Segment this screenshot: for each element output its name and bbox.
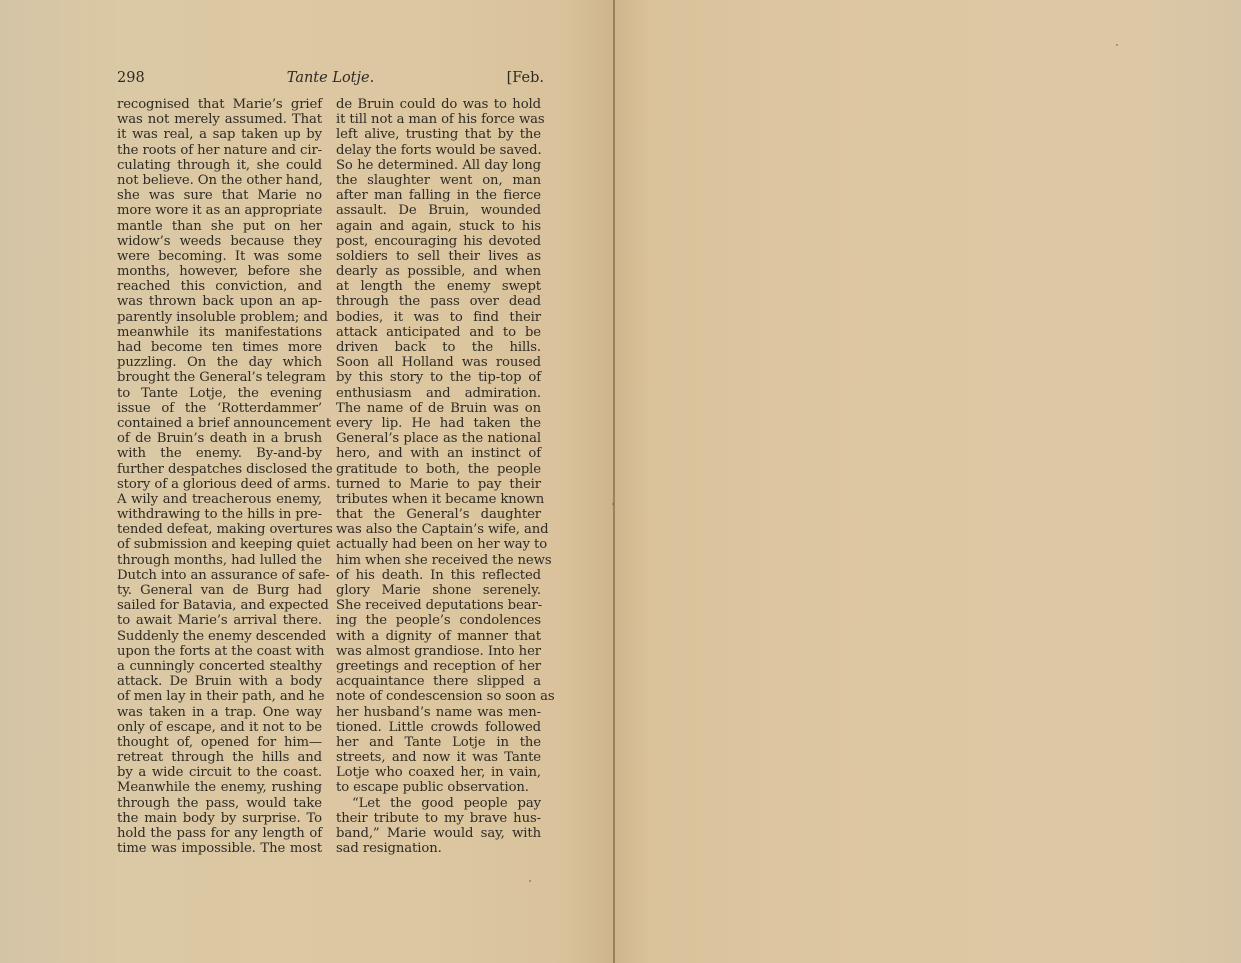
text-line: attack. De Bruin with a body: [117, 674, 322, 689]
text-line: note of condescension so soon as: [336, 689, 541, 704]
text-column: recognised that Marie’s griefwas not mer…: [117, 97, 322, 856]
text-line: the slaughter went on, man: [336, 173, 541, 188]
text-line: soldiers to sell their lives as: [336, 249, 541, 264]
text-line: hold the pass for any length of: [117, 826, 322, 841]
text-line: acquaintance there slipped a: [336, 674, 541, 689]
text-line: glory Marie shone serenely.: [336, 583, 541, 598]
text-line: assault. De Bruin, wounded: [336, 203, 541, 218]
text-line: de Bruin could do was to hold: [336, 97, 541, 112]
text-line: time was impossible. The most: [117, 841, 322, 856]
text-line: Meanwhile the enemy, rushing: [117, 780, 322, 795]
text-line: him when she received the news: [336, 553, 541, 568]
text-line: was also the Captain’s wife, and: [336, 522, 541, 537]
text-line: actually had been on her way to: [336, 537, 541, 552]
text-line: to await Marie’s arrival there.: [117, 613, 322, 628]
text-line: Suddenly the enemy descended: [117, 629, 322, 644]
text-line: to Tante Lotje, the evening: [117, 386, 322, 401]
paper-speck: [612, 503, 614, 505]
text-line: it was real, a sap taken up by: [117, 127, 322, 142]
text-line: issue of the ‘Rotterdammer’: [117, 401, 322, 416]
book-spread: 298 Tante Lotje. [Feb. recognised that M…: [0, 0, 1241, 963]
text-line: had become ten times more: [117, 340, 322, 355]
text-line: Soon all Holland was roused: [336, 355, 541, 370]
text-line: her and Tante Lotje in the: [336, 735, 541, 750]
text-line: months, however, before she: [117, 264, 322, 279]
text-line: of de Bruin’s death in a brush: [117, 431, 322, 446]
text-line: Lotje who coaxed her, in vain,: [336, 765, 541, 780]
text-line: tributes when it became known: [336, 492, 541, 507]
text-line: the roots of her nature and cir-: [117, 143, 322, 158]
text-line: bodies, it was to find their: [336, 310, 541, 325]
text-line: thought of, opened for him—: [117, 735, 322, 750]
text-line: The name of de Bruin was on: [336, 401, 541, 416]
text-line: after man falling in the fierce: [336, 188, 541, 203]
text-line: upon the forts at the coast with: [117, 644, 322, 659]
text-line: story of a glorious deed of arms.: [117, 477, 322, 492]
text-line: “Let the good people pay: [336, 796, 541, 811]
running-title: Tante Lotje.: [117, 68, 544, 88]
text-line: dearly as possible, and when: [336, 264, 541, 279]
text-line: every lip. He had taken the: [336, 416, 541, 431]
text-line: she was sure that Marie no: [117, 188, 322, 203]
text-line: She received deputations bear-: [336, 598, 541, 613]
text-line: by this story to the tip-top of: [336, 370, 541, 385]
text-line: withdrawing to the hills in pre-: [117, 507, 322, 522]
text-line: post, encouraging his devoted: [336, 234, 541, 249]
text-line: not believe. On the other hand,: [117, 173, 322, 188]
text-line: was not merely assumed. That: [117, 112, 322, 127]
text-line: were becoming. It was some: [117, 249, 322, 264]
text-line: further despatches disclosed the: [117, 462, 322, 477]
text-line: gratitude to both, the people: [336, 462, 541, 477]
text-line: at length the enemy swept: [336, 279, 541, 294]
text-line: their tribute to my brave hus-: [336, 811, 541, 826]
text-line: with the enemy. By-and-by: [117, 446, 322, 461]
left-page: 298 Tante Lotje. [Feb. recognised that M…: [0, 0, 614, 963]
text-line: recognised that Marie’s grief: [117, 97, 322, 112]
text-line: Dutch into an assurance of safe-: [117, 568, 322, 583]
text-line: with a dignity of manner that: [336, 629, 541, 644]
book-spine-gutter: [613, 0, 615, 963]
text-line: was taken in a trap. One way: [117, 705, 322, 720]
text-line: widow’s weeds because they: [117, 234, 322, 249]
text-line: of his death. In this reflected: [336, 568, 541, 583]
text-line: to escape public observation.: [336, 780, 541, 795]
right-page: 1899.] Tante Lotje. 299 And then Tante L…: [614, 0, 1241, 963]
text-line: driven back to the hills.: [336, 340, 541, 355]
text-line: tended defeat, making overtures: [117, 522, 322, 537]
text-line: more wore it as an appropriate: [117, 203, 322, 218]
text-line: culating through it, she could: [117, 158, 322, 173]
text-line: hero, and with an instinct of: [336, 446, 541, 461]
text-column: de Bruin could do was to holdit till not…: [336, 97, 541, 856]
text-line: band,” Marie would say, with: [336, 826, 541, 841]
paper-speck: [529, 880, 531, 882]
text-line: meanwhile its manifestations: [117, 325, 322, 340]
text-line: again and again, stuck to his: [336, 219, 541, 234]
text-line: So he determined. All day long: [336, 158, 541, 173]
left-running-head: 298 Tante Lotje. [Feb.: [117, 68, 544, 88]
text-line: sad resignation.: [336, 841, 541, 856]
text-line: it till not a man of his force was: [336, 112, 541, 127]
text-line: puzzling. On the day which: [117, 355, 322, 370]
paper-speck: [1116, 44, 1118, 46]
text-line: only of escape, and it not to be: [117, 720, 322, 735]
text-line: parently insoluble problem; and: [117, 310, 322, 325]
text-line: that the General’s daughter: [336, 507, 541, 522]
text-line: retreat through the hills and: [117, 750, 322, 765]
text-line: streets, and now it was Tante: [336, 750, 541, 765]
text-line: through the pass, would take: [117, 796, 322, 811]
text-line: reached this conviction, and: [117, 279, 322, 294]
text-line: ing the people’s condolences: [336, 613, 541, 628]
text-line: a cunningly concerted stealthy: [117, 659, 322, 674]
text-line: tioned. Little crowds followed: [336, 720, 541, 735]
text-line: turned to Marie to pay their: [336, 477, 541, 492]
text-line: through the pass over dead: [336, 294, 541, 309]
text-line: was thrown back upon an ap-: [117, 294, 322, 309]
running-date: [Feb.: [507, 68, 544, 88]
text-line: was almost grandiose. Into her: [336, 644, 541, 659]
text-line: contained a brief announcement: [117, 416, 322, 431]
text-line: left alive, trusting that by the: [336, 127, 541, 142]
text-line: of submission and keeping quiet: [117, 537, 322, 552]
text-line: brought the General’s telegram: [117, 370, 322, 385]
text-line: mantle than she put on her: [117, 219, 322, 234]
text-line: ty. General van de Burg had: [117, 583, 322, 598]
text-line: through months, had lulled the: [117, 553, 322, 568]
text-line: General’s place as the national: [336, 431, 541, 446]
text-line: attack anticipated and to be: [336, 325, 541, 340]
text-line: delay the forts would be saved.: [336, 143, 541, 158]
text-line: her husband’s name was men-: [336, 705, 541, 720]
text-line: the main body by surprise. To: [117, 811, 322, 826]
text-line: of men lay in their path, and he: [117, 689, 322, 704]
text-line: A wily and treacherous enemy,: [117, 492, 322, 507]
text-line: sailed for Batavia, and expected: [117, 598, 322, 613]
text-line: enthusiasm and admiration.: [336, 386, 541, 401]
text-line: greetings and reception of her: [336, 659, 541, 674]
text-line: by a wide circuit to the coast.: [117, 765, 322, 780]
